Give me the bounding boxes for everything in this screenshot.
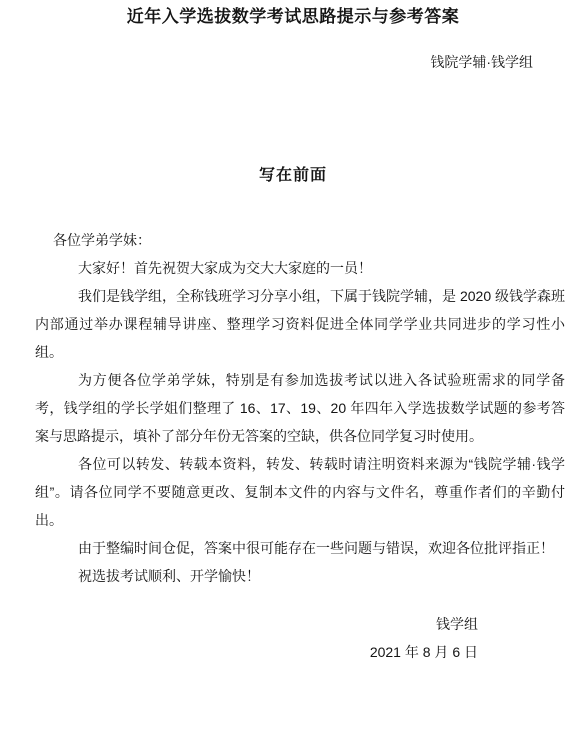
salutation: 各位学弟学妹： bbox=[35, 226, 565, 254]
signature-date: 2021 年 8 月 6 日 bbox=[0, 638, 478, 666]
body-paragraph: 我们是钱学组，全称钱班学习分享小组，下属于钱院学辅，是 2020 级钱学森班内部… bbox=[35, 282, 565, 366]
body-paragraph: 为方便各位学弟学妹，特别是有参加选拔考试以进入各试验班需求的同学备考，钱学组的学… bbox=[35, 366, 565, 450]
signature-block: 钱学组 2021 年 8 月 6 日 bbox=[0, 610, 586, 666]
body-paragraph: 祝选拔考试顺利、开学愉快！ bbox=[35, 562, 565, 590]
body-paragraph: 各位可以转发、转载本资料，转发、转载时请注明资料来源为“钱院学辅·钱学组”。请各… bbox=[35, 450, 565, 534]
body-paragraph: 大家好！首先祝贺大家成为交大大家庭的一员！ bbox=[35, 254, 565, 282]
document-page: 近年入学选拔数学考试思路提示与参考答案 钱院学辅·钱学组 写在前面 各位学弟学妹… bbox=[0, 0, 586, 740]
body-paragraph: 由于整编时间仓促，答案中很可能存在一些问题与错误，欢迎各位批评指正！ bbox=[35, 534, 565, 562]
signature: 钱学组 bbox=[0, 610, 478, 638]
section-heading: 写在前面 bbox=[0, 165, 586, 187]
byline: 钱院学辅·钱学组 bbox=[0, 52, 586, 72]
letter-body: 各位学弟学妹： 大家好！首先祝贺大家成为交大大家庭的一员！ 我们是钱学组，全称钱… bbox=[0, 226, 586, 590]
document-title: 近年入学选拔数学考试思路提示与参考答案 bbox=[0, 5, 586, 29]
